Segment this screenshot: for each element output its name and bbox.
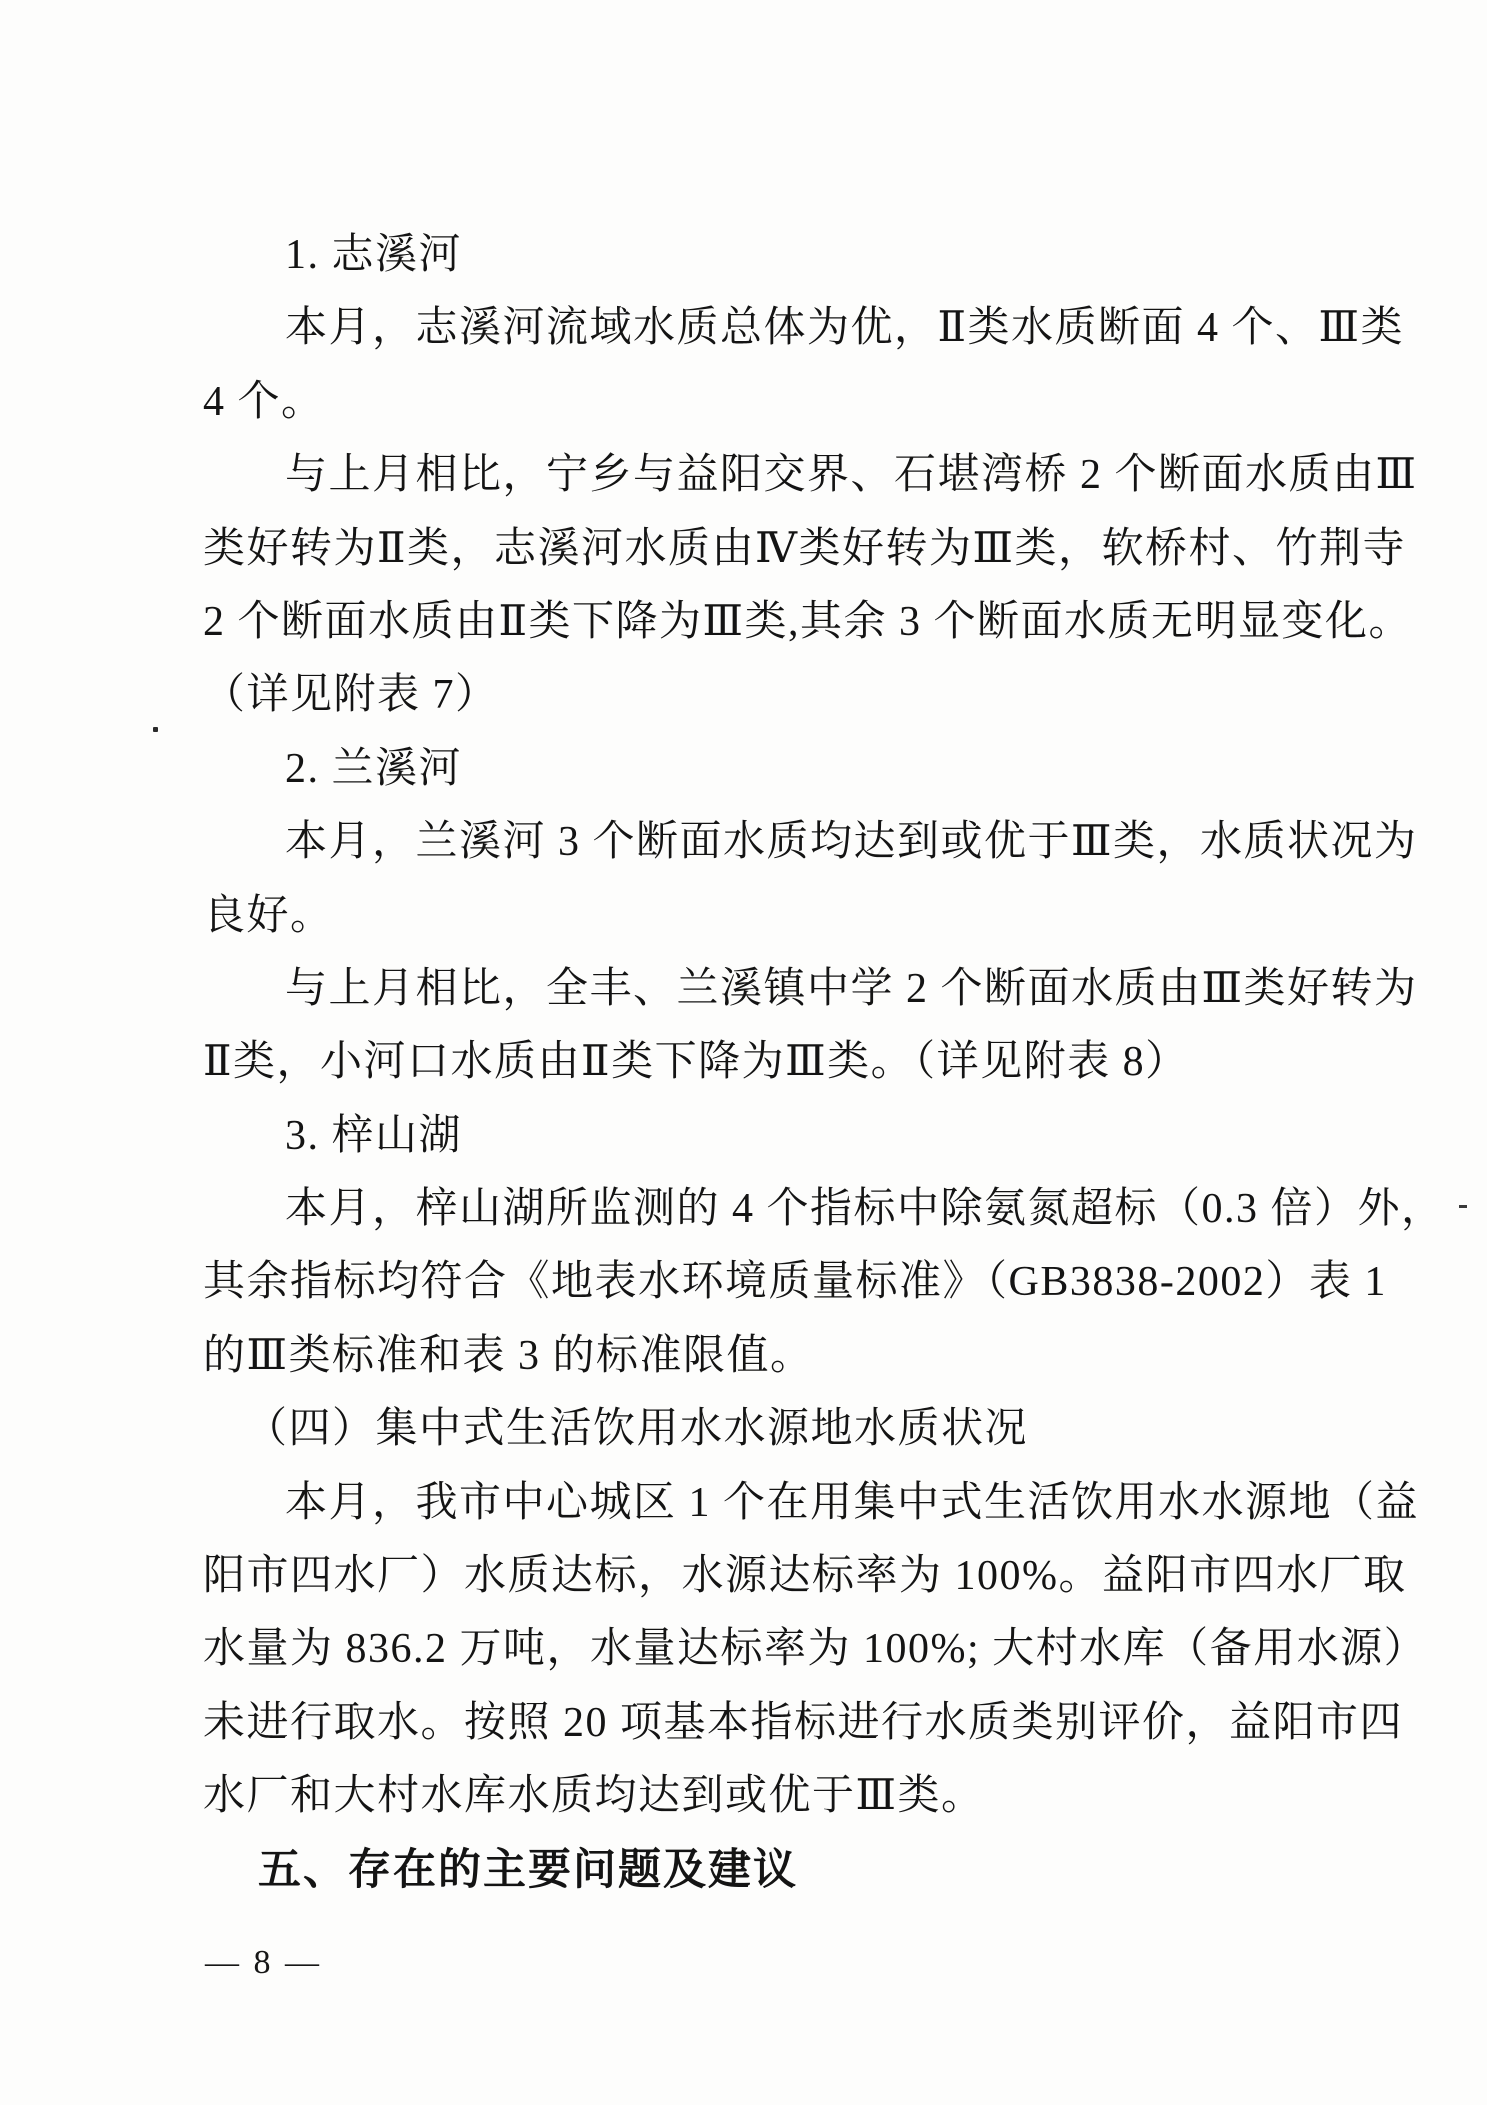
body-line: 4 个。 (203, 366, 1363, 439)
page-number: — 8 — (205, 1943, 322, 1983)
body-line: 未进行取水。按照 20 项基本指标进行水质类别评价，益阳市四 (203, 1687, 1363, 1760)
scanned-document-page: 1. 志溪河 本月，志溪河流域水质总体为优，Ⅱ类水质断面 4 个、Ⅲ类 4 个。… (0, 0, 1487, 2105)
body-line: 阳市四水厂）水质达标，水源达标率为 100%。益阳市四水厂取 (203, 1540, 1363, 1613)
scan-speck-dot (153, 727, 158, 732)
body-line: 本月，我市中心城区 1 个在用集中式生活饮用水水源地（益 (203, 1467, 1363, 1540)
body-line: 2 个断面水质由Ⅱ类下降为Ⅲ类,其余 3 个断面水质无明显变化。 (203, 586, 1363, 659)
heading-zhixihe: 1. 志溪河 (203, 219, 1363, 292)
body-line-gb-standard: 其余指标均符合《地表水环境质量标准》（GB3838-2002）表 1 (203, 1246, 1363, 1319)
body-line-water-volume: 水量为 836.2 万吨，水量达标率为 100%; 大村水库（备用水源） (203, 1613, 1363, 1686)
heading-main-problems: 五、存在的主要问题及建议 (203, 1834, 1363, 1907)
document-text-block: 1. 志溪河 本月，志溪河流域水质总体为优，Ⅱ类水质断面 4 个、Ⅲ类 4 个。… (203, 219, 1363, 1907)
heading-zishanhu: 3. 梓山湖 (203, 1100, 1363, 1173)
heading-lanxihe: 2. 兰溪河 (203, 733, 1363, 806)
body-line-table-ref-7: （详见附表 7） (203, 659, 1363, 732)
scan-speck-dash (1459, 1205, 1467, 1208)
body-line-table-ref-8: Ⅱ类，小河口水质由Ⅱ类下降为Ⅲ类。（详见附表 8） (203, 1026, 1363, 1099)
heading-drinking-water: （四）集中式生活饮用水水源地水质状况 (203, 1393, 1363, 1466)
body-line: 良好。 (203, 880, 1363, 953)
body-line: 水厂和大村水库水质均达到或优于Ⅲ类。 (203, 1760, 1363, 1833)
body-line: 与上月相比，宁乡与益阳交界、石堪湾桥 2 个断面水质由Ⅲ (203, 439, 1363, 512)
body-line: 本月，兰溪河 3 个断面水质均达到或优于Ⅲ类，水质状况为 (203, 806, 1363, 879)
body-line: 本月，梓山湖所监测的 4 个指标中除氨氮超标（0.3 倍）外， (203, 1173, 1363, 1246)
body-line: 的Ⅲ类标准和表 3 的标准限值。 (203, 1320, 1363, 1393)
body-line: 类好转为Ⅱ类，志溪河水质由Ⅳ类好转为Ⅲ类，软桥村、竹荆寺 (203, 513, 1363, 586)
body-line: 本月，志溪河流域水质总体为优，Ⅱ类水质断面 4 个、Ⅲ类 (203, 292, 1363, 365)
body-line: 与上月相比，全丰、兰溪镇中学 2 个断面水质由Ⅲ类好转为 (203, 953, 1363, 1026)
